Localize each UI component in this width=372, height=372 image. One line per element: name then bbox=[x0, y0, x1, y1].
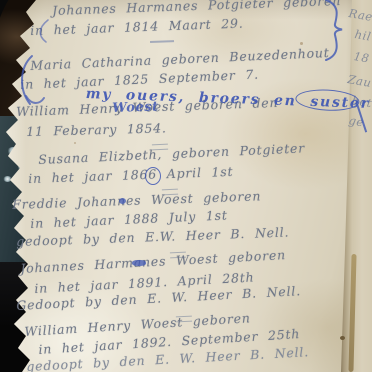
photo-of-family-register: Rae hil 18 Zau het ge Johannes Harmanes … bbox=[0, 0, 372, 372]
right-page-fragment: 18 bbox=[353, 49, 371, 66]
blue-hook-mark bbox=[24, 92, 46, 108]
blue-circle-around-digit bbox=[145, 167, 161, 185]
blue-mark-on-woest bbox=[119, 198, 126, 204]
paper-speck bbox=[340, 336, 345, 340]
blue-mark-on-woest bbox=[132, 260, 146, 266]
paper-speck bbox=[300, 42, 303, 45]
right-page-fragment: hil bbox=[354, 27, 372, 44]
blue-overwritten-word: Woest bbox=[112, 99, 159, 116]
blue-arc-mark bbox=[34, 18, 52, 44]
paper-speck bbox=[74, 142, 76, 144]
blue-brace-mark bbox=[322, 0, 354, 62]
reflection-highlight bbox=[3, 176, 12, 182]
